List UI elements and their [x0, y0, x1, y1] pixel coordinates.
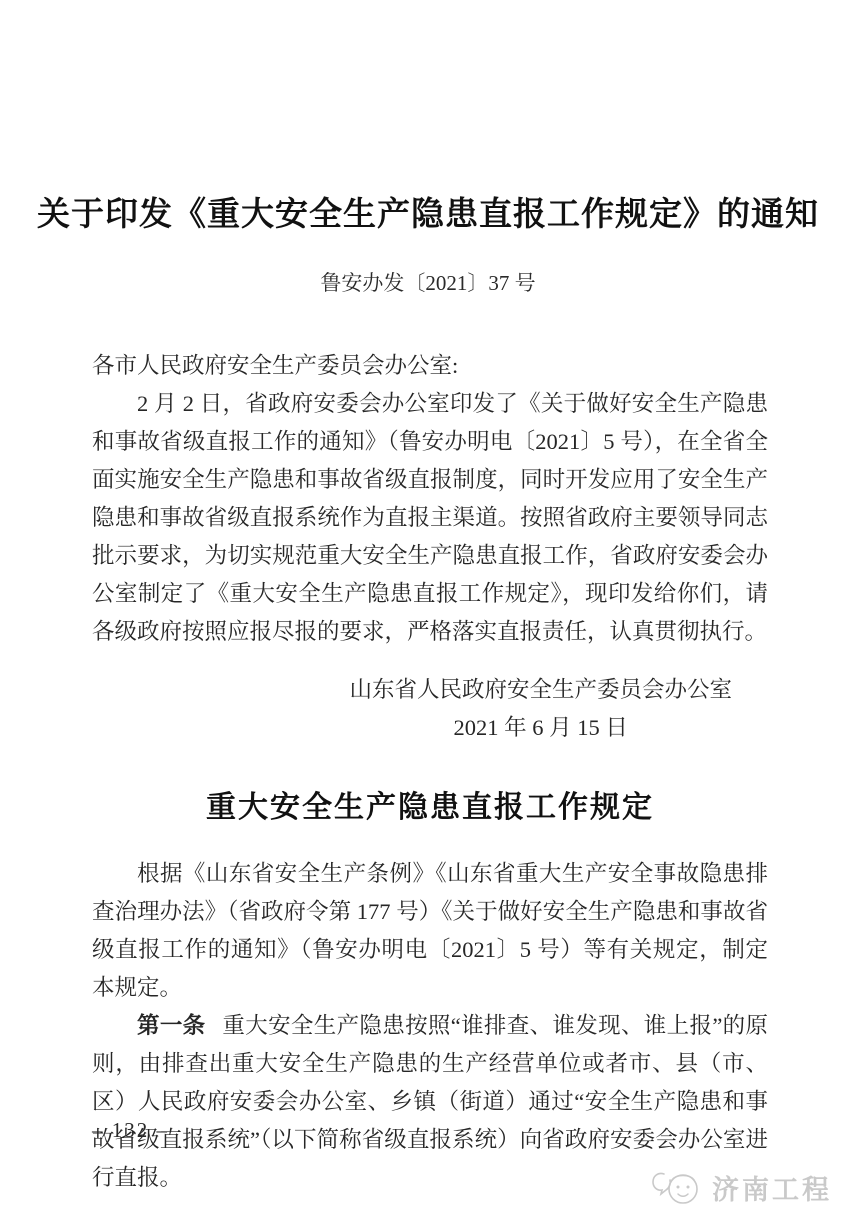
article-1-label: 第一条: [137, 1013, 206, 1038]
signature-block: 山东省人民政府安全生产委员会办公室 2021 年 6 月 15 日: [92, 671, 768, 747]
watermark-text: 济南工程: [712, 1168, 832, 1207]
signature-org: 山东省人民政府安全生产委员会办公室: [349, 671, 732, 709]
signature-date: 2021 年 6 月 15 日: [349, 709, 732, 747]
document-body: 各市人民政府安全生产委员会办公室: 2 月 2 日，省政府安委会办公室印发了《关…: [92, 347, 768, 1197]
page-number: – 132 –: [92, 1118, 169, 1143]
notice-title: 关于印发《重大安全生产隐患直报工作规定》的通知: [0, 0, 856, 235]
mascot-icon: [650, 1166, 704, 1208]
article-1-text: 重大安全生产隐患按照“谁排查、谁发现、谁上报”的原则，由排查出重大安全生产隐患的…: [92, 1013, 768, 1190]
notice-paragraph: 2 月 2 日，省政府安委会办公室印发了《关于做好安全生产隐患和事故省级直报工作…: [92, 385, 768, 651]
document-number: 鲁安办发〔2021〕37 号: [0, 267, 856, 297]
salutation: 各市人民政府安全生产委员会办公室:: [92, 347, 768, 385]
regulation-title: 重大安全生产隐患直报工作规定: [92, 789, 768, 827]
document-page: 关于印发《重大安全生产隐患直报工作规定》的通知 鲁安办发〔2021〕37 号 各…: [0, 0, 856, 1225]
regulation-intro: 根据《山东省安全生产条例》《山东省重大生产安全事故隐患排查治理办法》（省政府令第…: [92, 855, 768, 1007]
watermark: 济南工程: [650, 1166, 832, 1208]
